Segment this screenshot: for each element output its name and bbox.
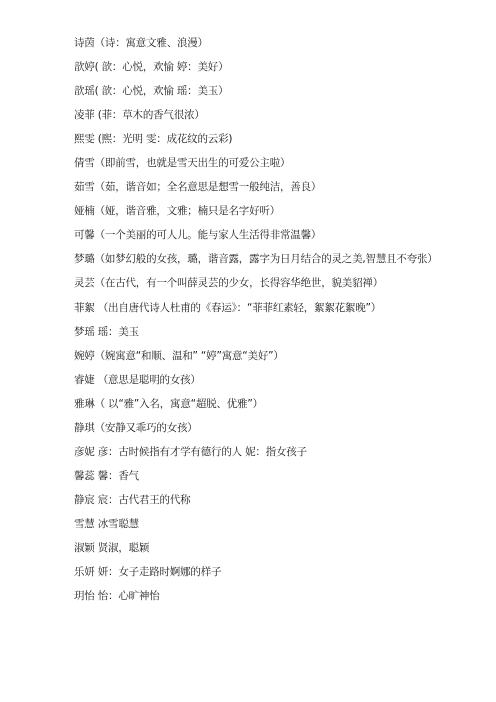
list-item: 熙雯 (熙：光明 雯：成花纹的云彩): [74, 131, 438, 155]
list-item: 菲絮 （出自唐代诗人杜甫的《春运》：“菲菲红素轻，絮絮花絮晚”）: [74, 300, 438, 324]
list-item: 梦璐（如梦幻般的女孩，璐，谐音露，露字为日月结合的灵之美,智慧且不夸张）: [74, 251, 438, 275]
list-item: 诗茵（诗：寓意文雅、浪漫）: [74, 35, 438, 59]
list-item: 睿婕 （意思是聪明的女孩）: [74, 372, 438, 396]
list-item: 静琪（安静又乖巧的女孩）: [74, 420, 438, 444]
list-item: 歆瑶( 歆：心悦，欢愉 瑶：美玉）: [74, 83, 438, 107]
list-item: 静宸 宸：古代君王的代称: [74, 492, 438, 516]
list-item: 淑颖 贤淑，聪颖: [74, 540, 438, 564]
list-item: 凌菲 (菲：草木的香气很浓）: [74, 107, 438, 131]
list-item: 馨蕊 馨：香气: [74, 468, 438, 492]
list-item: 歆婷( 歆：心悦，欢愉 婷：美好）: [74, 59, 438, 83]
name-list: 诗茵（诗：寓意文雅、浪漫） 歆婷( 歆：心悦，欢愉 婷：美好） 歆瑶( 歆：心悦…: [74, 35, 438, 612]
list-item: 娅楠（娅，谐音雅，文雅；楠只是名字好听）: [74, 203, 438, 227]
list-item: 梦瑶 瑶：美玉: [74, 324, 438, 348]
list-item: 乐妍 妍：女子走路时婀娜的样子: [74, 564, 438, 588]
list-item: 雅琳（ 以“雅”入名，寓意“超脱、优雅”）: [74, 396, 438, 420]
list-item: 茹雪（茹，谐音如；全名意思是想雪一般纯洁，善良）: [74, 179, 438, 203]
list-item: 灵芸（在古代，有一个叫薛灵芸的少女，长得容华绝世，貌美貂禅）: [74, 275, 438, 299]
list-item: 可馨（一个美丽的可人儿。能与家人生活得非常温馨）: [74, 227, 438, 251]
list-item: 玥怡 怡：心旷神怡: [74, 588, 438, 612]
document-page: 诗茵（诗：寓意文雅、浪漫） 歆婷( 歆：心悦，欢愉 婷：美好） 歆瑶( 歆：心悦…: [0, 0, 496, 702]
list-item: 倩雪（即前雪，也就是雪天出生的可爱公主啦）: [74, 155, 438, 179]
list-item: 雪慧 冰雪聪慧: [74, 516, 438, 540]
list-item: 婉婷（婉寓意“和顺、温和” “婷”寓意“美好”）: [74, 348, 438, 372]
list-item: 彦妮 彦：古时候指有才学有德行的人 妮：指女孩子: [74, 444, 438, 468]
